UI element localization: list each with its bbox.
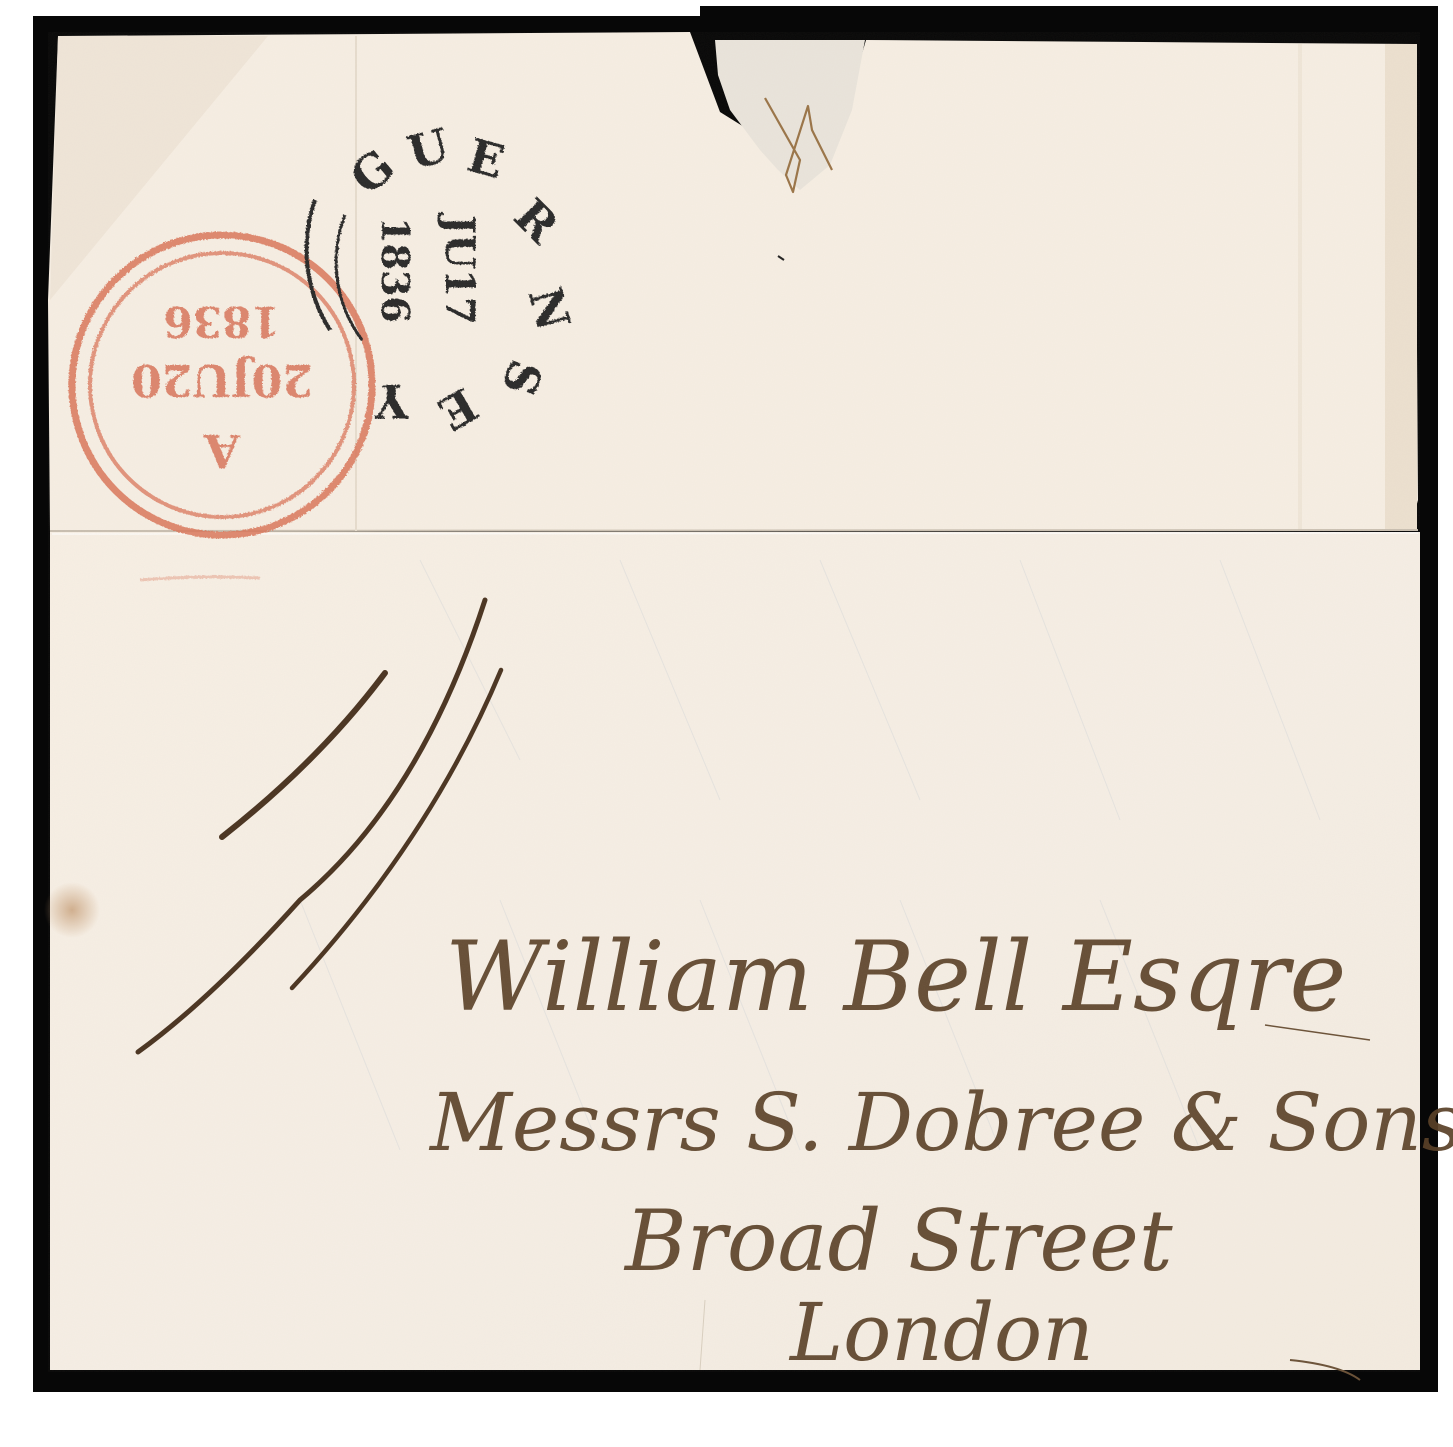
- postal-cover-scan: 20JU20 1836 A JU17 1836 G U E R N S E Y: [0, 0, 1453, 1447]
